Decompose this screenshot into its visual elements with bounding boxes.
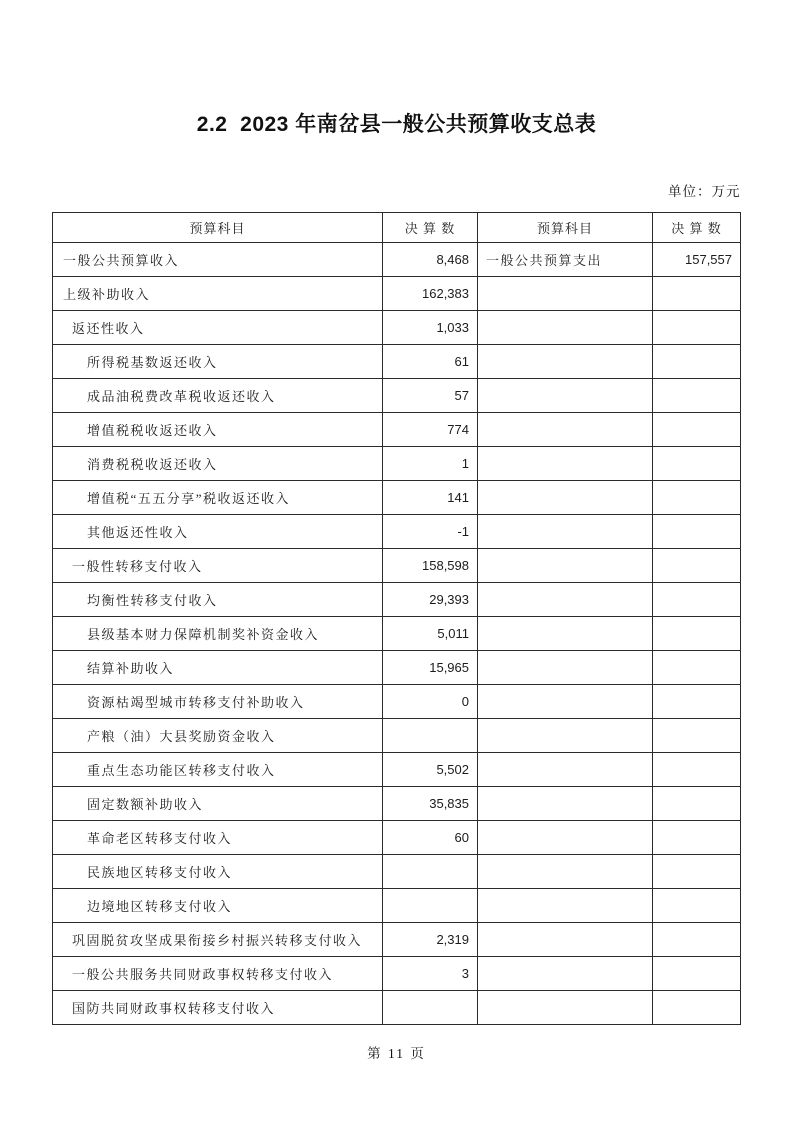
left-subject-cell: 国防共同财政事权转移支付收入 [53,991,383,1025]
right-amount-cell [653,855,741,889]
table-row: 边境地区转移支付收入 [53,889,741,923]
right-subject-cell [478,719,653,753]
left-amount-cell: 61 [383,345,478,379]
left-subject-cell: 一般公共预算收入 [53,243,383,277]
right-amount-cell [653,651,741,685]
table-row: 返还性收入1,033 [53,311,741,345]
right-amount-cell [653,617,741,651]
page-title: 2.2 2023 年南岔县一般公共预算收支总表 [0,108,793,138]
right-subject-cell [478,991,653,1025]
left-subject-cell: 所得税基数返还收入 [53,345,383,379]
left-amount-cell [383,889,478,923]
table-row: 一般性转移支付收入158,598 [53,549,741,583]
left-subject-cell: 均衡性转移支付收入 [53,583,383,617]
table-row: 均衡性转移支付收入29,393 [53,583,741,617]
left-subject-cell: 成品油税费改革税收返还收入 [53,379,383,413]
unit-label: 单位：万元 [53,180,741,200]
left-subject-cell: 边境地区转移支付收入 [53,889,383,923]
table-header: 预算科目 决 算 数 预算科目 决 算 数 [53,213,741,243]
left-subject-cell: 固定数额补助收入 [53,787,383,821]
right-subject-cell [478,515,653,549]
page-number: 第 11 页 [0,1042,793,1062]
left-subject-cell: 民族地区转移支付收入 [53,855,383,889]
right-amount-cell: 157,557 [653,243,741,277]
left-amount-cell: 29,393 [383,583,478,617]
left-amount-cell: -1 [383,515,478,549]
left-subject-cell: 巩固脱贫攻坚成果衔接乡村振兴转移支付收入 [53,923,383,957]
right-subject-cell [478,447,653,481]
table-row: 产粮（油）大县奖励资金收入 [53,719,741,753]
right-subject-cell [478,753,653,787]
table-row: 增值税“五五分享”税收返还收入141 [53,481,741,515]
right-amount-cell [653,311,741,345]
table-row: 巩固脱贫攻坚成果衔接乡村振兴转移支付收入2,319 [53,923,741,957]
left-subject-cell: 增值税“五五分享”税收返还收入 [53,481,383,515]
left-amount-cell: 15,965 [383,651,478,685]
right-subject-cell [478,379,653,413]
right-amount-cell [653,583,741,617]
right-amount-cell [653,787,741,821]
left-subject-cell: 一般性转移支付收入 [53,549,383,583]
right-amount-cell [653,413,741,447]
header-right-amount: 决 算 数 [653,213,741,243]
left-amount-cell: 774 [383,413,478,447]
right-subject-cell [478,889,653,923]
left-subject-cell: 其他返还性收入 [53,515,383,549]
table-row: 一般公共服务共同财政事权转移支付收入3 [53,957,741,991]
right-amount-cell [653,923,741,957]
right-amount-cell [653,345,741,379]
left-amount-cell: 0 [383,685,478,719]
left-subject-cell: 革命老区转移支付收入 [53,821,383,855]
right-subject-cell [478,277,653,311]
table-row: 增值税税收返还收入774 [53,413,741,447]
right-subject-cell [478,685,653,719]
left-amount-cell: 5,011 [383,617,478,651]
left-amount-cell: 1,033 [383,311,478,345]
left-amount-cell [383,855,478,889]
right-subject-cell [478,413,653,447]
right-amount-cell [653,515,741,549]
left-subject-cell: 资源枯竭型城市转移支付补助收入 [53,685,383,719]
right-amount-cell [653,685,741,719]
table-row: 重点生态功能区转移支付收入5,502 [53,753,741,787]
document-page: 2.2 2023 年南岔县一般公共预算收支总表 单位：万元 预算科目 决 算 数… [0,0,793,1122]
right-amount-cell [653,481,741,515]
left-amount-cell: 141 [383,481,478,515]
left-amount-cell: 60 [383,821,478,855]
right-amount-cell [653,719,741,753]
table-header-row: 预算科目 决 算 数 预算科目 决 算 数 [53,213,741,243]
table-row: 结算补助收入15,965 [53,651,741,685]
right-subject-cell [478,345,653,379]
table-row: 其他返还性收入-1 [53,515,741,549]
table-row: 革命老区转移支付收入60 [53,821,741,855]
right-amount-cell [653,957,741,991]
budget-summary-table: 预算科目 决 算 数 预算科目 决 算 数 一般公共预算收入8,468一般公共预… [52,212,741,1025]
header-left-subject: 预算科目 [53,213,383,243]
header-right-subject: 预算科目 [478,213,653,243]
left-amount-cell [383,719,478,753]
table-row: 县级基本财力保障机制奖补资金收入5,011 [53,617,741,651]
right-amount-cell [653,889,741,923]
right-subject-cell [478,855,653,889]
left-subject-cell: 消费税税收返还收入 [53,447,383,481]
right-amount-cell [653,549,741,583]
right-amount-cell [653,753,741,787]
right-subject-cell [478,617,653,651]
left-subject-cell: 重点生态功能区转移支付收入 [53,753,383,787]
right-amount-cell [653,991,741,1025]
left-amount-cell: 35,835 [383,787,478,821]
right-amount-cell [653,447,741,481]
right-subject-cell [478,549,653,583]
table-row: 消费税税收返还收入1 [53,447,741,481]
right-amount-cell [653,821,741,855]
right-subject-cell [478,481,653,515]
right-subject-cell [478,311,653,345]
table-row: 成品油税费改革税收返还收入57 [53,379,741,413]
left-amount-cell: 162,383 [383,277,478,311]
table-body: 一般公共预算收入8,468一般公共预算支出157,557上级补助收入162,38… [53,243,741,1025]
left-amount-cell: 158,598 [383,549,478,583]
right-subject-cell [478,787,653,821]
table-row: 资源枯竭型城市转移支付补助收入0 [53,685,741,719]
left-amount-cell: 5,502 [383,753,478,787]
right-subject-cell [478,651,653,685]
left-subject-cell: 县级基本财力保障机制奖补资金收入 [53,617,383,651]
left-subject-cell: 增值税税收返还收入 [53,413,383,447]
right-subject-cell [478,923,653,957]
table-row: 上级补助收入162,383 [53,277,741,311]
header-left-amount: 决 算 数 [383,213,478,243]
right-amount-cell [653,277,741,311]
right-subject-cell [478,583,653,617]
table-row: 固定数额补助收入35,835 [53,787,741,821]
left-amount-cell: 1 [383,447,478,481]
left-amount-cell: 57 [383,379,478,413]
left-subject-cell: 产粮（油）大县奖励资金收入 [53,719,383,753]
left-subject-cell: 返还性收入 [53,311,383,345]
right-subject-cell: 一般公共预算支出 [478,243,653,277]
left-amount-cell [383,991,478,1025]
left-amount-cell: 8,468 [383,243,478,277]
left-subject-cell: 上级补助收入 [53,277,383,311]
left-subject-cell: 结算补助收入 [53,651,383,685]
table-row: 所得税基数返还收入61 [53,345,741,379]
table-row: 一般公共预算收入8,468一般公共预算支出157,557 [53,243,741,277]
right-subject-cell [478,821,653,855]
left-amount-cell: 2,319 [383,923,478,957]
left-amount-cell: 3 [383,957,478,991]
table-row: 民族地区转移支付收入 [53,855,741,889]
table-row: 国防共同财政事权转移支付收入 [53,991,741,1025]
right-amount-cell [653,379,741,413]
right-subject-cell [478,957,653,991]
left-subject-cell: 一般公共服务共同财政事权转移支付收入 [53,957,383,991]
